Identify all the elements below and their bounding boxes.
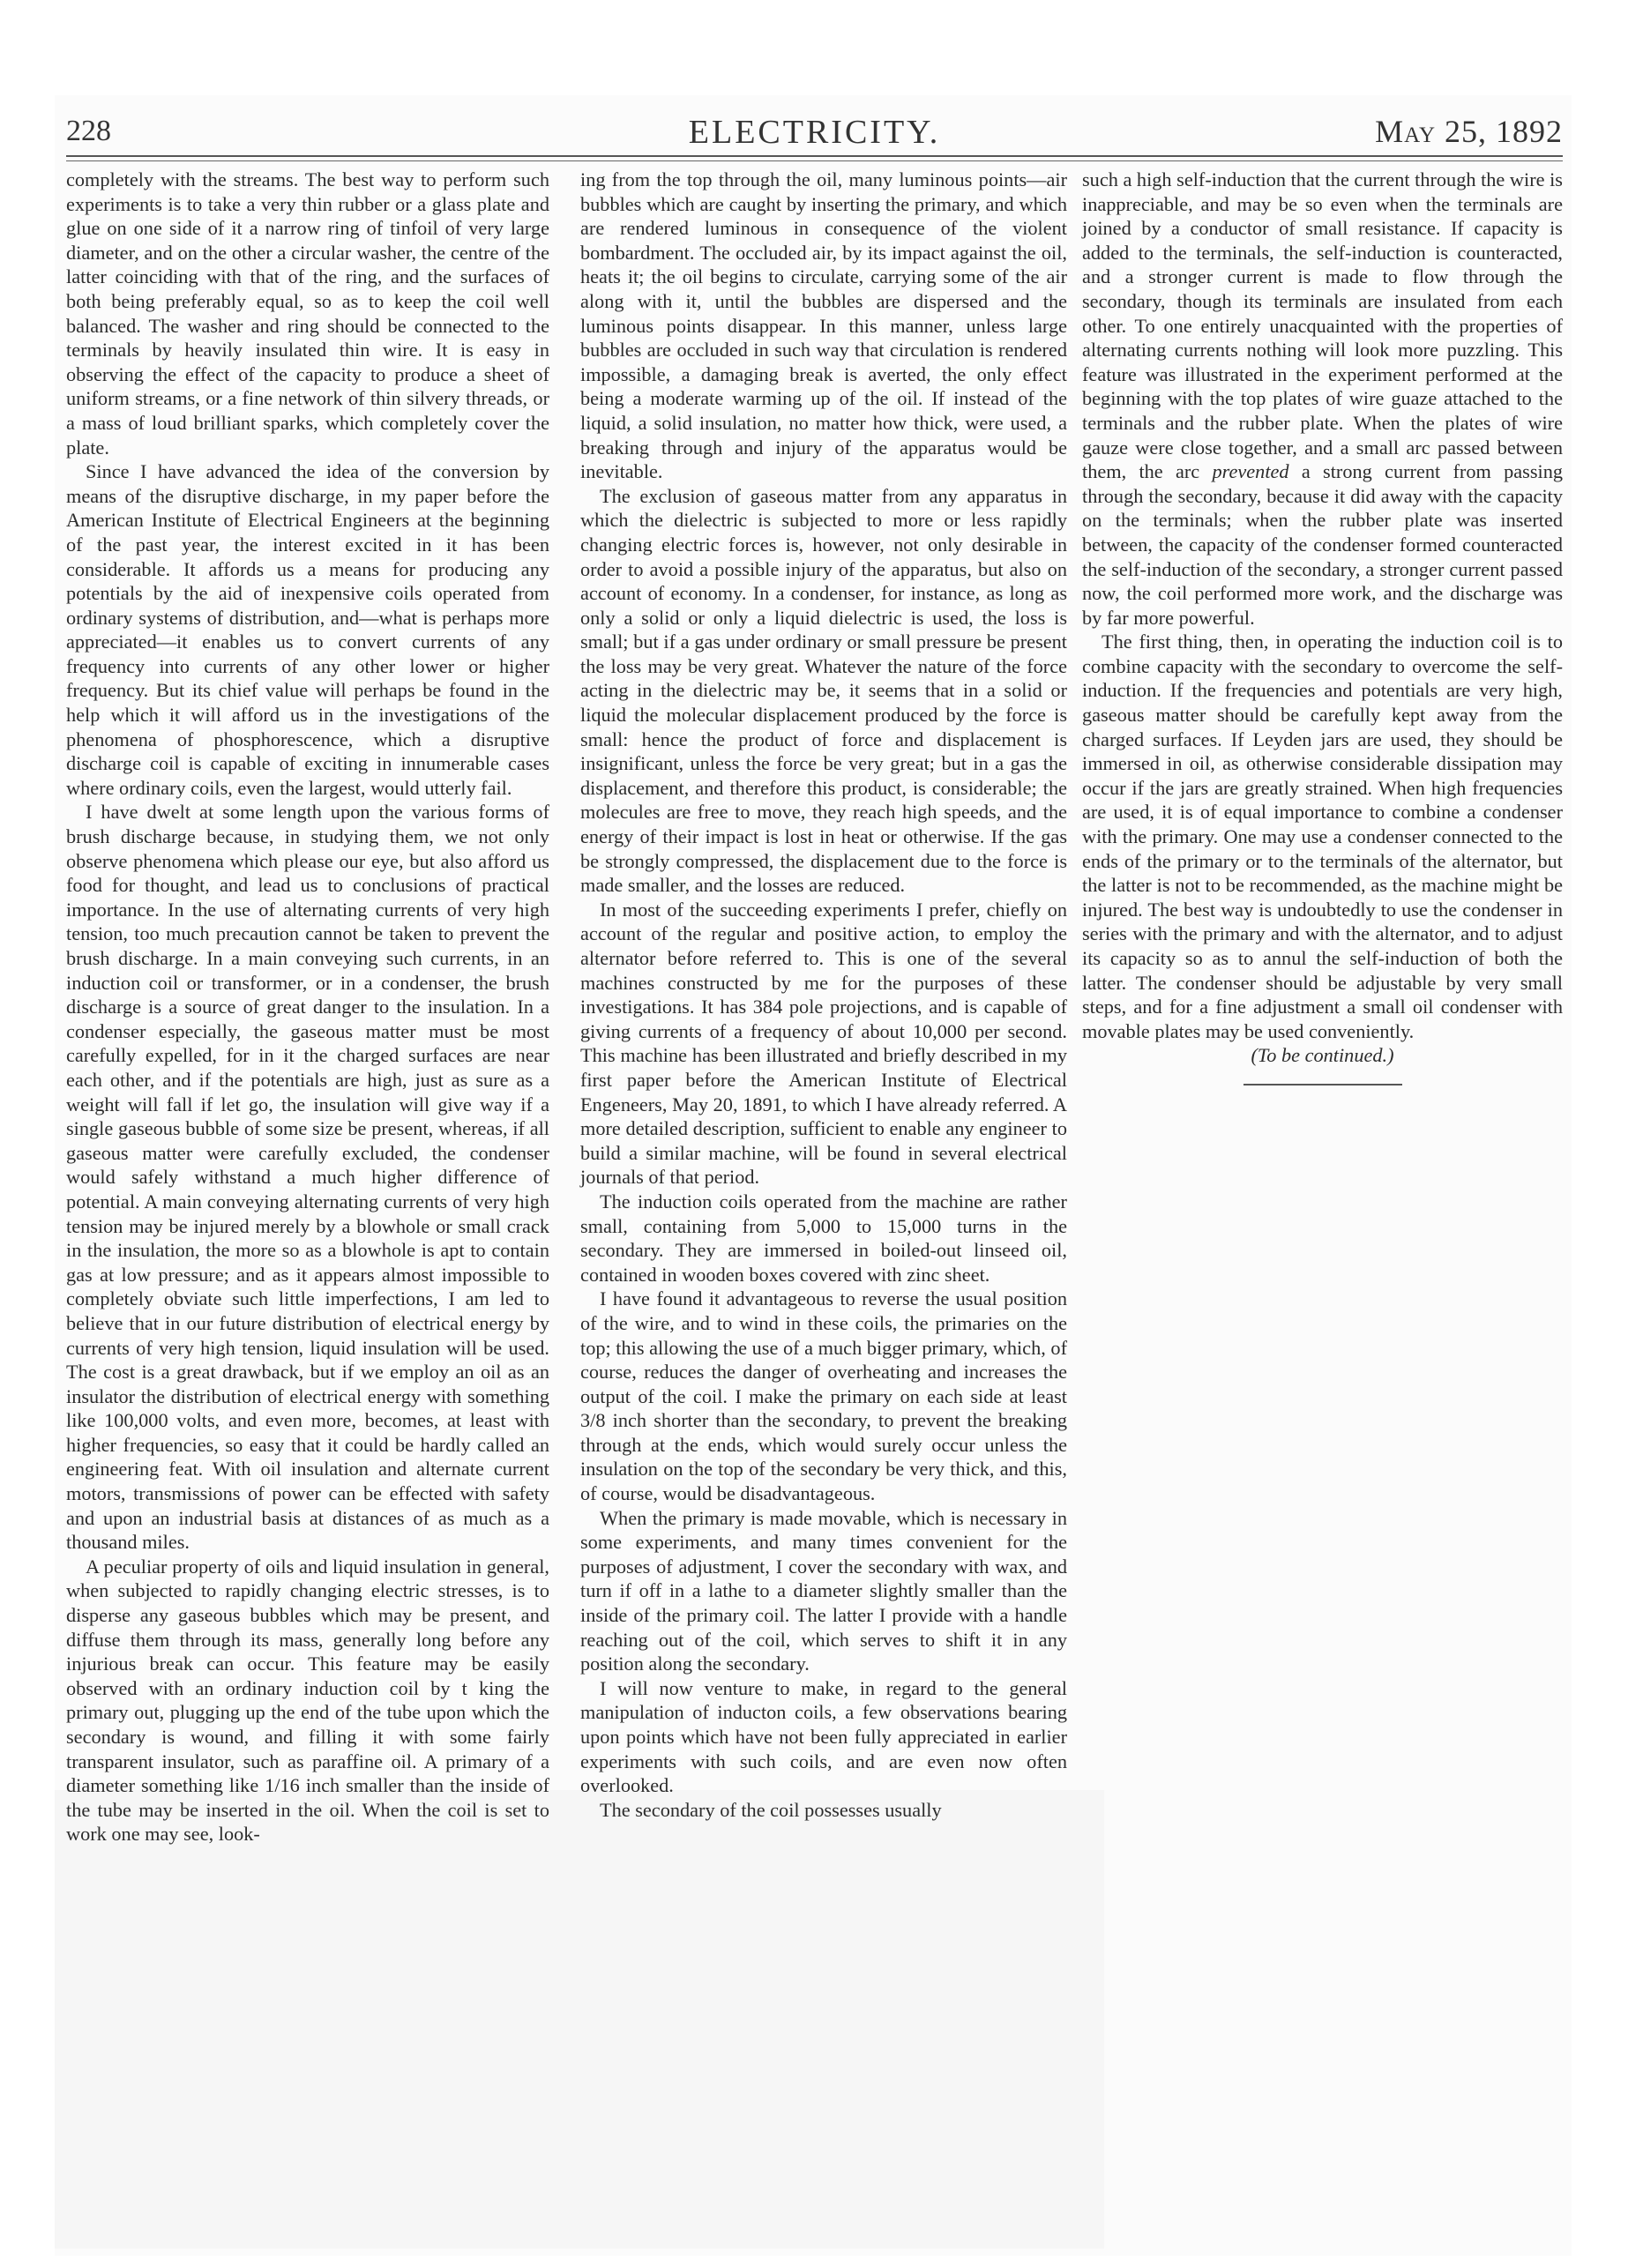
- paragraph: A peculiar property of oils and liquid i…: [66, 1555, 549, 1846]
- scanned-page-lower-area: [55, 1790, 1104, 2249]
- header-rule-bottom: [66, 160, 1563, 161]
- header-rule-top: [66, 155, 1563, 157]
- emphasis-text: prevented: [1212, 460, 1288, 482]
- page-header: 228 ELECTRICITY. May 25, 1892: [66, 104, 1563, 157]
- paragraph: The first thing, then, in operating the …: [1082, 630, 1563, 1043]
- to-be-continued-note: (To be continued.): [1082, 1043, 1563, 1068]
- issue-date: May 25, 1892: [1375, 113, 1563, 150]
- paragraph: The induction coils operated from the ma…: [580, 1190, 1067, 1287]
- paragraph: The secondary of the coil possesses usua…: [580, 1798, 1067, 1823]
- article-column-2: ing from the top through the oil, many l…: [580, 168, 1067, 1822]
- paragraph-text: such a high self-induction that the curr…: [1082, 168, 1563, 482]
- paragraph: Since I have advanced the idea of the co…: [66, 459, 549, 800]
- paragraph: I have dwelt at some length upon the var…: [66, 800, 549, 1554]
- article-column-1: completely with the streams. The best wa…: [66, 168, 549, 1846]
- paragraph: I will now venture to make, in regard to…: [580, 1676, 1067, 1798]
- paragraph: such a high self-induction that the curr…: [1082, 168, 1563, 630]
- article-column-3: such a high self-induction that the curr…: [1082, 168, 1563, 1086]
- paragraph: ing from the top through the oil, many l…: [580, 168, 1067, 484]
- paragraph: completely with the streams. The best wa…: [66, 168, 549, 459]
- paragraph: The exclusion of gaseous matter from any…: [580, 484, 1067, 898]
- paragraph: In most of the succeeding experiments I …: [580, 898, 1067, 1190]
- article-end-rule: [1243, 1084, 1402, 1086]
- paragraph-text: a strong current from passing through th…: [1082, 460, 1563, 629]
- journal-title: ELECTRICITY.: [66, 113, 1563, 152]
- paragraph: When the primary is made movable, which …: [580, 1506, 1067, 1676]
- paragraph: I have found it advantageous to reverse …: [580, 1287, 1067, 1505]
